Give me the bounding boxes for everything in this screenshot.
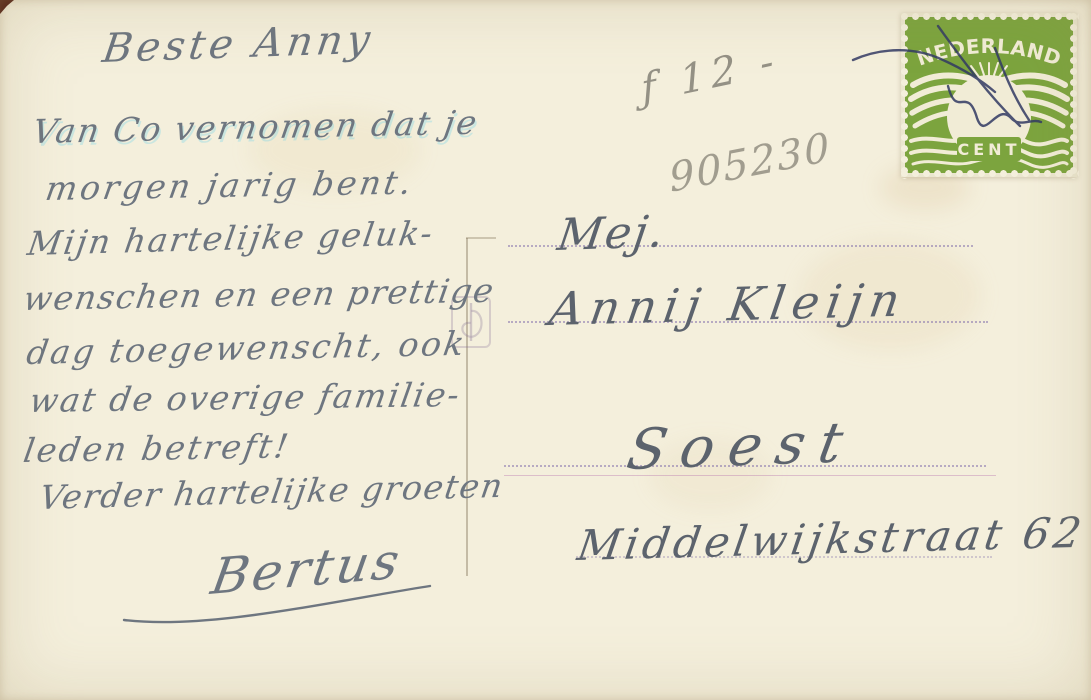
address-line-title: Mej. bbox=[554, 206, 669, 261]
pencil-number-note: 905230 bbox=[667, 124, 833, 202]
message-line: leden betreft! bbox=[21, 426, 293, 470]
stamp-dove-icon: NEDERLAND bbox=[905, 17, 1073, 173]
corner-stain bbox=[0, 0, 14, 14]
stamp-perforation bbox=[1068, 11, 1079, 179]
stamp-perforation bbox=[899, 11, 1079, 22]
stamp-perforation bbox=[899, 11, 910, 179]
message-line: Mijn hartelijke geluk- bbox=[25, 213, 437, 263]
message-greeting: Beste Anny bbox=[100, 17, 377, 72]
message-line: wat de overige familie- bbox=[27, 375, 464, 420]
stamp-denomination-label: CENT bbox=[958, 140, 1021, 159]
center-divider-cap bbox=[466, 237, 496, 239]
message-line: Van Co vernomen dat je bbox=[30, 103, 481, 151]
message-line: Verder hartelijke groeten bbox=[37, 466, 507, 517]
postage-stamp: NEDERLAND bbox=[901, 13, 1077, 177]
postcard-scan: Beste Anny Van Co vernomen dat je morgen… bbox=[0, 0, 1091, 700]
message-line: wenschen en een prettige bbox=[21, 271, 498, 318]
address-line-name: Annij Kleijn bbox=[546, 273, 911, 336]
address-line-street: Middelwijkstraat 62 bbox=[574, 508, 1088, 570]
message-line: morgen jarig bent. bbox=[43, 163, 417, 208]
message-line: dag toegewenscht, ook bbox=[24, 324, 469, 372]
stamp-perforation bbox=[899, 168, 1079, 179]
address-line-city: Soest bbox=[622, 410, 862, 483]
pencil-price-note: ƒ 12 - bbox=[639, 37, 781, 112]
